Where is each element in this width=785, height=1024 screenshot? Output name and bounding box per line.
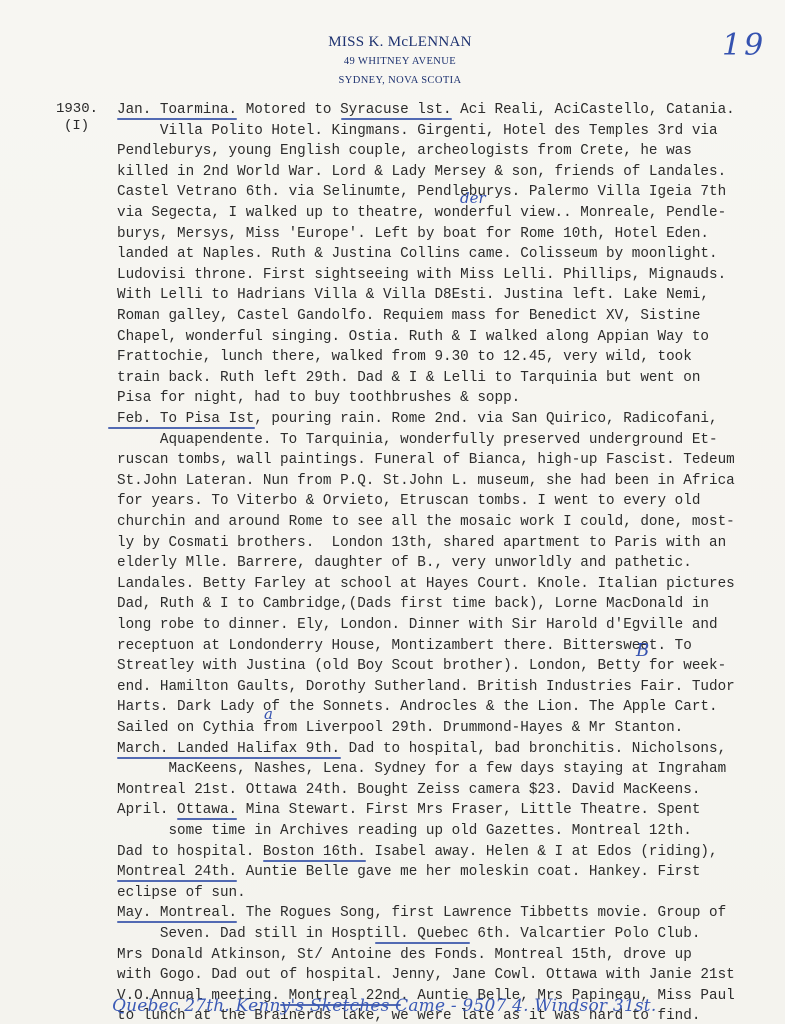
diary-line: Frattochie, lunch there, walked from 9.3…	[117, 347, 692, 367]
diary-line: Villa Polito Hotel. Kingmans. Girgenti, …	[117, 121, 718, 141]
diary-line: ly by Cosmati brothers. London 13th, sha…	[117, 533, 726, 553]
diary-line: train back. Ruth left 29th. Dad & I & Le…	[117, 368, 700, 388]
ink-underline	[108, 427, 254, 429]
ink-correction-betty: B	[636, 640, 649, 661]
diary-line: Feb. To Pisa Ist, pouring rain. Rome 2nd…	[117, 409, 718, 429]
diary-line: killed in 2nd World War. Lord & Lady Mer…	[117, 162, 726, 182]
diary-line: receptuon at Londonderry House, Montizam…	[117, 636, 692, 656]
diary-line: Dad, Ruth & I to Cambridge,(Dads first t…	[117, 594, 709, 614]
diary-line: some time in Archives reading up old Gaz…	[117, 821, 692, 841]
diary-line: Sailed on Cythia from Liverpool 29th. Dr…	[117, 718, 683, 738]
diary-line: via Segecta, I walked up to theatre, won…	[117, 203, 726, 223]
diary-page: MISS K. McLENNAN 49 WHITNEY AVENUE SYDNE…	[0, 0, 785, 1024]
diary-line: Pendleburys, young English couple, arche…	[117, 141, 692, 161]
diary-line: With Lelli to Hadrians Villa & Villa D8E…	[117, 285, 709, 305]
diary-line: Mrs Donald Atkinson, St/ Antoine des Fon…	[117, 945, 692, 965]
handwritten-note: Quebec 27th. Kenny's Sketches Came - 950…	[112, 996, 656, 1016]
diary-line: St.John Lateran. Nun from P.Q. St.John L…	[117, 471, 735, 491]
letterhead: MISS K. McLENNAN 49 WHITNEY AVENUE SYDNE…	[300, 32, 500, 90]
letterhead-name: MISS K. McLENNAN	[300, 32, 500, 52]
ink-underline	[117, 118, 237, 120]
diary-line: with Gogo. Dad out of hospital. Jenny, J…	[117, 965, 735, 985]
handwritten-page-number: 19	[722, 28, 766, 63]
diary-line: Ludovisi throne. First sightseeing with …	[117, 265, 726, 285]
diary-line: Dad to hospital. Boston 16th. Isabel awa…	[117, 842, 718, 862]
letterhead-street: 49 WHITNEY AVENUE	[300, 52, 500, 71]
diary-line: April. Ottawa. Mina Stewart. First Mrs F…	[117, 800, 700, 820]
diary-line: ruscan tombs, wall paintings. Funeral of…	[117, 450, 735, 470]
diary-line: Castel Vetrano 6th. via Selinumte, Pendl…	[117, 182, 726, 202]
ink-correction-wonderful: der	[460, 189, 486, 207]
ink-underline	[177, 818, 237, 820]
ink-underline	[117, 757, 341, 759]
diary-line: March. Landed Halifax 9th. Dad to hospit…	[117, 739, 726, 759]
diary-line: Landales. Betty Farley at school at Haye…	[117, 574, 735, 594]
diary-line: Harts. Dark Lady of the Sonnets. Androcl…	[117, 697, 718, 717]
diary-line: May. Montreal. The Rogues Song, first La…	[117, 903, 726, 923]
margin-year: 1930.	[56, 100, 98, 118]
ink-underline	[341, 118, 453, 120]
ink-underline	[117, 921, 237, 923]
diary-line: MacKeens, Nashes, Lena. Sydney for a few…	[117, 759, 726, 779]
diary-line: end. Hamilton Gaults, Dorothy Sutherland…	[117, 677, 735, 697]
diary-line: Streatley with Justina (old Boy Scout br…	[117, 656, 726, 676]
diary-line: Montreal 21st. Ottawa 24th. Bought Zeiss…	[117, 780, 700, 800]
diary-line: long robe to dinner. Ely, London. Dinner…	[117, 615, 718, 635]
diary-line: burys, Mersys, Miss 'Europe'. Left by bo…	[117, 224, 709, 244]
ink-underline	[375, 942, 470, 944]
letterhead-city: SYDNEY, NOVA SCOTIA	[300, 71, 500, 90]
diary-line: Pisa for night, had to buy toothbrushes …	[117, 388, 520, 408]
diary-line: Jan. Toarmina. Motored to Syracuse lst. …	[117, 100, 735, 120]
diary-line: for years. To Viterbo & Orvieto, Etrusca…	[117, 491, 700, 511]
diary-line: Roman galley, Castel Gandolfo. Requiem m…	[117, 306, 700, 326]
ink-correction-cythia: a	[264, 705, 273, 723]
diary-line: landed at Naples. Ruth & Justina Collins…	[117, 244, 718, 264]
ink-underline	[117, 880, 237, 882]
diary-line: churchin and around Rome to see all the …	[117, 512, 735, 532]
ink-underline	[263, 860, 366, 862]
diary-line: Chapel, wonderful singing. Ostia. Ruth &…	[117, 327, 709, 347]
diary-line: Seven. Dad still in Hosptill. Quebec 6th…	[117, 924, 700, 944]
diary-line: eclipse of sun.	[117, 883, 246, 903]
diary-line: elderly Mlle. Barrere, daughter of B., v…	[117, 553, 692, 573]
diary-line: Aquapendente. To Tarquinia, wonderfully …	[117, 430, 718, 450]
diary-line: Montreal 24th. Auntie Belle gave me her …	[117, 862, 700, 882]
margin-volume: (I)	[64, 118, 89, 134]
